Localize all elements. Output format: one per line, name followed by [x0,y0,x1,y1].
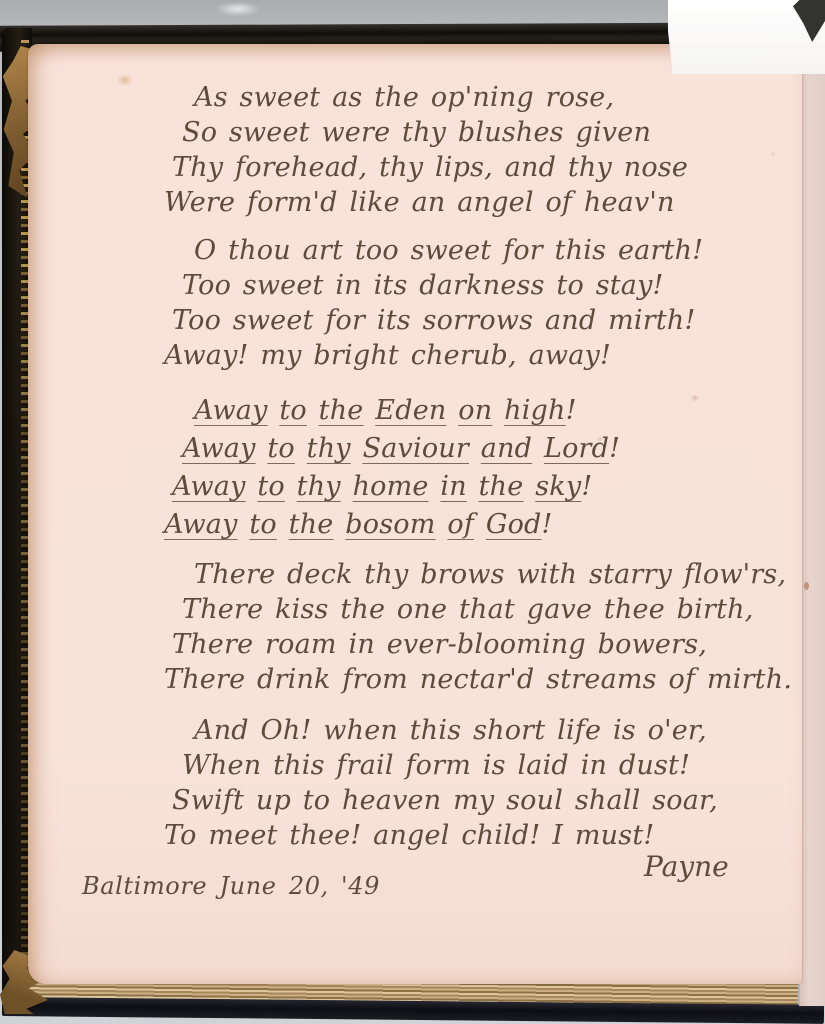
poem-line: To meet thee! angel child! I must! [164,818,718,853]
poem-line: And Oh! when this short life is o'er, [194,713,718,748]
poem-line: Swift up to heaven my soul shall soar, [172,783,718,818]
scanned-album-page: As sweet as the op'ning rose, So sweet w… [0,0,825,1024]
album-page: As sweet as the op'ning rose, So sweet w… [28,44,802,984]
poem-line: There deck thy brows with starry flow'rs… [194,557,792,592]
poem-line: There roam in ever-blooming bowers, [172,627,792,662]
stanza-5: And Oh! when this short life is o'er, Wh… [158,713,718,853]
poem-line: As sweet as the op'ning rose, [194,80,688,115]
poem-line-underlined: Away to the Eden on high! [194,392,620,430]
page-under-edge-right [799,58,825,1006]
stanza-2: O thou art too sweet for this earth! Too… [158,233,703,373]
poem-line-underlined: Away to thy home in the sky! [172,468,620,506]
poem-line: There drink from nectar'd streams of mir… [164,662,792,697]
poem-line: Were form'd like an angel of heav'n [164,185,688,220]
signature: Payne [644,850,729,883]
poem: As sweet as the op'ning rose, So sweet w… [28,44,802,984]
poem-line: Too sweet in its darkness to stay! [182,268,703,303]
poem-line: Thy forehead, thy lips, and thy nose [172,150,688,185]
poem-line: When this frail form is laid in dust! [182,748,718,783]
poem-line: There kiss the one that gave thee birth, [182,592,792,627]
poem-line-underlined: Away to the bosom of God! [164,506,620,544]
stanza-3-underlined: Away to the Eden on high! Away to thy Sa… [158,392,620,544]
dateline: Baltimore June 20, '49 [82,872,380,900]
poem-line: Too sweet for its sorrows and mirth! [172,303,703,338]
poem-line: O thou art too sweet for this earth! [194,233,703,268]
poem-line-underlined: Away to thy Saviour and Lord! [182,430,620,468]
stanza-1: As sweet as the op'ning rose, So sweet w… [158,80,688,220]
poem-line: So sweet were thy blushes given [182,115,688,150]
stanza-4: There deck thy brows with starry flow'rs… [158,557,792,697]
poem-line: Away! my bright cherub, away! [164,338,703,373]
